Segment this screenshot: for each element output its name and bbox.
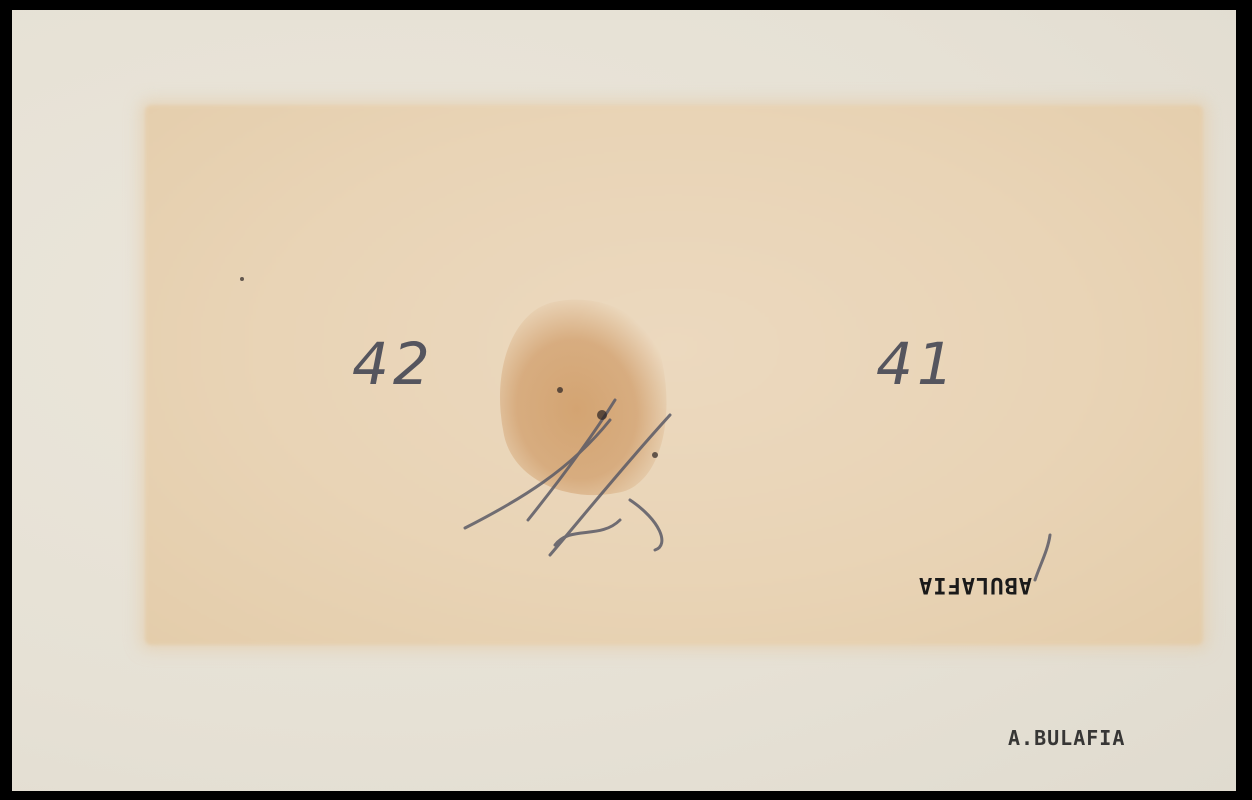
handstamp-bottom: A.BULAFIA <box>1008 726 1125 750</box>
pencil-scribble <box>0 0 1252 800</box>
inverted-handstamp: ABULAFIA <box>918 572 1032 597</box>
